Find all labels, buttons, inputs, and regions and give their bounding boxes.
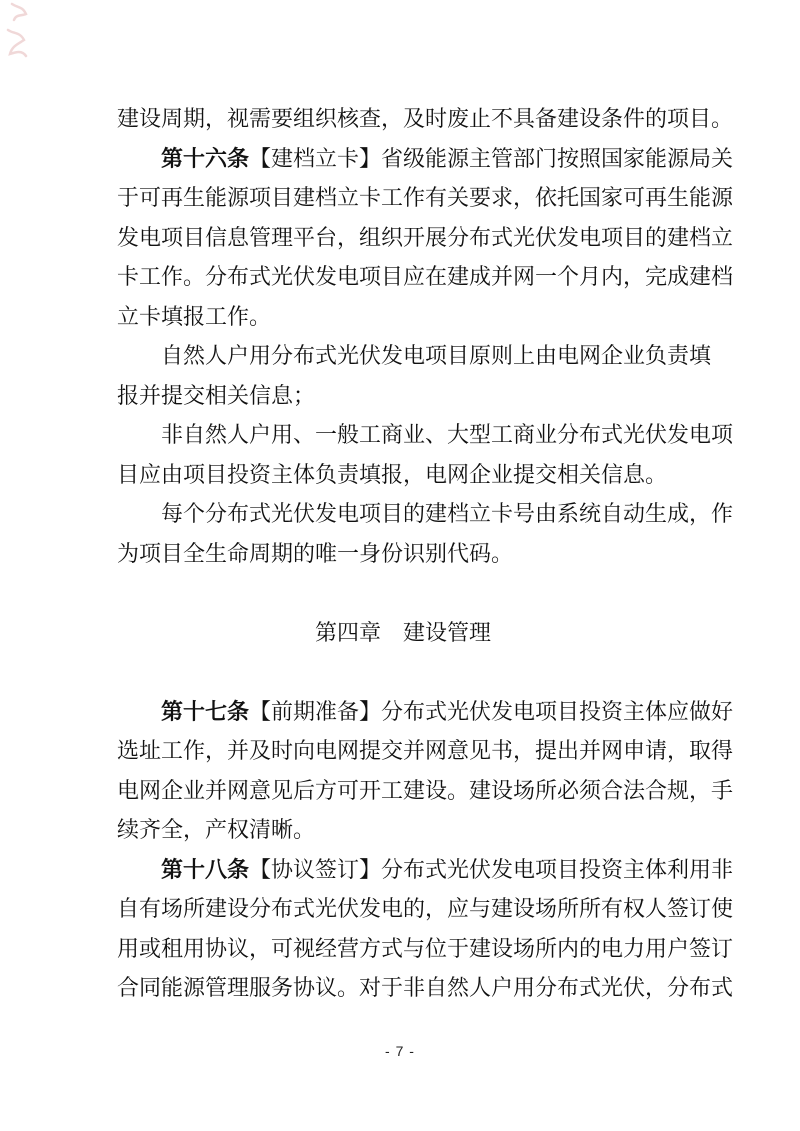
- article-number: 第十八条: [161, 857, 249, 882]
- text-line: 立卡填报工作。: [117, 297, 689, 337]
- text-line: 第十六条【建档立卡】省级能源主管部门按照国家能源局关: [117, 139, 689, 179]
- article-number: 第十七条: [161, 699, 249, 724]
- text-line: 非自然人户用、一般工商业、大型工商业分布式光伏发电项: [117, 415, 689, 455]
- text-line: 为项目全生命周期的唯一身份识别代码。: [117, 534, 689, 574]
- document-body: 建设周期，视需要组织核查，及时废止不具备建设条件的项目。第十六条【建档立卡】省级…: [117, 99, 689, 1008]
- red-scribble-bottom: [8, 30, 26, 56]
- text-line: 建设周期，视需要组织核查，及时废止不具备建设条件的项目。: [117, 99, 689, 139]
- text-line: 目应由项目投资主体负责填报，电网企业提交相关信息。: [117, 455, 689, 495]
- text-line: 自有场所建设分布式光伏发电的，应与建设场所所有权人签订使: [117, 889, 689, 929]
- text-line: 报并提交相关信息；: [117, 376, 689, 416]
- text-line: 合同能源管理服务协议。对于非自然人户用分布式光伏，分布式: [117, 968, 689, 1008]
- text-line: 第十八条【协议签订】分布式光伏发电项目投资主体利用非: [117, 850, 689, 890]
- text-line: 选址工作，并及时向电网提交并网意见书，提出并网申请，取得: [117, 731, 689, 771]
- text-line: 卡工作。分布式光伏发电项目应在建成并网一个月内，完成建档: [117, 257, 689, 297]
- text-line: 用或租用协议，可视经营方式与位于建设场所内的电力用户签订: [117, 929, 689, 969]
- page-number: - 7 -: [0, 1042, 800, 1060]
- red-pen-marks-icon: [2, 0, 50, 64]
- document-page: 建设周期，视需要组织核查，及时废止不具备建设条件的项目。第十六条【建档立卡】省级…: [0, 0, 800, 1131]
- text-line: 每个分布式光伏发电项目的建档立卡号由系统自动生成，作: [117, 494, 689, 534]
- chapter-heading: 第四章 建设管理: [117, 613, 689, 653]
- blank-line: [117, 652, 689, 692]
- red-scribble-top: [12, 4, 26, 20]
- article-number: 第十六条: [161, 146, 249, 171]
- text-line: 自然人户用分布式光伏发电项目原则上由电网企业负责填: [117, 336, 689, 376]
- text-line: 于可再生能源项目建档立卡工作有关要求，依托国家可再生能源: [117, 178, 689, 218]
- text-line: 发电项目信息管理平台，组织开展分布式光伏发电项目的建档立: [117, 218, 689, 258]
- text-line: 电网企业并网意见后方可开工建设。建设场所必须合法合规，手: [117, 771, 689, 811]
- blank-line: [117, 573, 689, 613]
- text-line: 续齐全，产权清晰。: [117, 810, 689, 850]
- text-line: 第十七条【前期准备】分布式光伏发电项目投资主体应做好: [117, 692, 689, 732]
